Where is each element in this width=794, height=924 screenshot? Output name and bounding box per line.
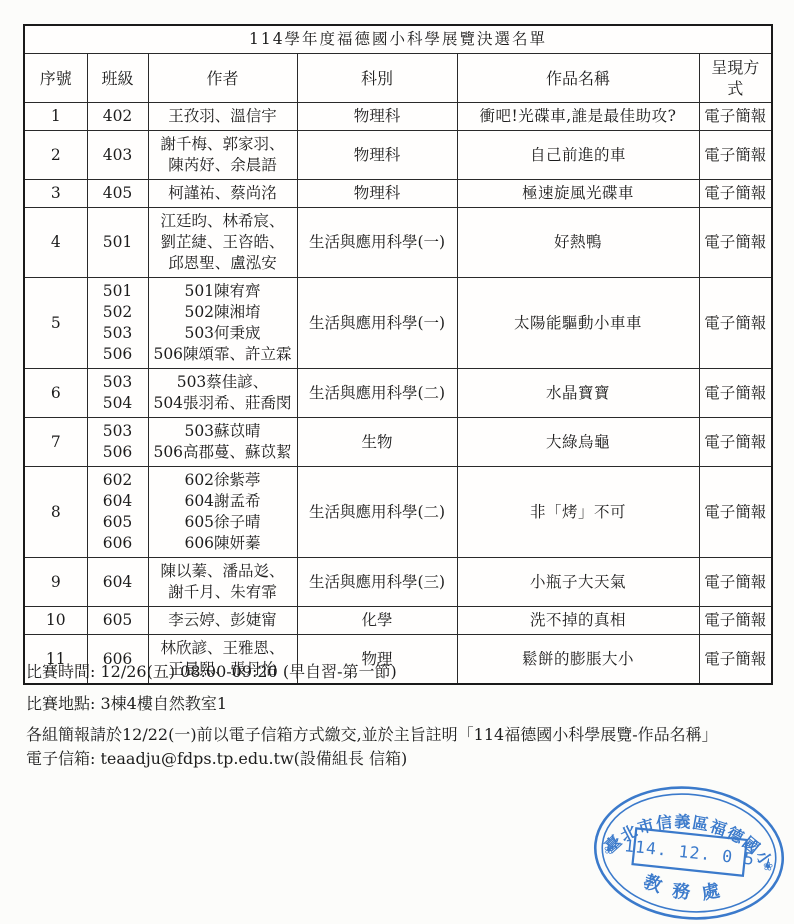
- competition-place: 比賽地點: 3棟4樓自然教室1: [26, 694, 770, 713]
- table-cell-class: 501 502 503 506: [87, 278, 148, 369]
- table-cell-class: 503 506: [87, 418, 148, 467]
- table-cell-format: 電子簡報: [699, 607, 772, 635]
- table-cell-class: 602 604 605 606: [87, 467, 148, 558]
- scanned-document-page: 114學年度福德國小科學展覽決選名單 序號 班級 作者 科別 作品名稱 呈現方式…: [0, 0, 794, 924]
- table-cell-class: 405: [87, 180, 148, 208]
- table-cell-authors: 602徐紫葶 604謝孟希 605徐子晴 606陳妍蓁: [148, 467, 297, 558]
- submission-note: 各組簡報請於12/22(一)前以電子信箱方式繳交,並於主旨註明「114福德國小科…: [26, 725, 770, 744]
- table-row: 3405柯謹祐、蔡尚洺物理科極速旋風光碟車電子簡報: [24, 180, 772, 208]
- table-cell-work: 好熱鴨: [457, 208, 699, 278]
- table-cell-authors: 503蔡佳諺、 504張羽希、莊喬閔: [148, 369, 297, 418]
- table-header-row: 序號 班級 作者 科別 作品名稱 呈現方式: [24, 54, 772, 103]
- table-cell-class: 503 504: [87, 369, 148, 418]
- table-cell-work: 自己前進的車: [457, 131, 699, 180]
- table-cell-no: 4: [24, 208, 87, 278]
- table-cell-category: 物理科: [297, 131, 457, 180]
- table-cell-category: 生活與應用科學(一): [297, 278, 457, 369]
- col-header-work: 作品名稱: [457, 54, 699, 103]
- footer-notes: 比賽時間: 12/26(五) 08:00-09:20 (早自習-第一節) 比賽地…: [26, 662, 770, 768]
- table-cell-authors: 王孜羽、溫信宇: [148, 103, 297, 131]
- table-row: 8602 604 605 606602徐紫葶 604謝孟希 605徐子晴 606…: [24, 467, 772, 558]
- table-cell-no: 2: [24, 131, 87, 180]
- table-cell-authors: 503蘇苡晴 506高郡蔓、蘇苡絜: [148, 418, 297, 467]
- table-cell-format: 電子簡報: [699, 103, 772, 131]
- table-cell-category: 生活與應用科學(三): [297, 558, 457, 607]
- document-title: 114學年度福德國小科學展覽決選名單: [24, 25, 772, 54]
- table-row: 1402王孜羽、溫信宇物理科衝吧!光碟車,誰是最佳助攻?電子簡報: [24, 103, 772, 131]
- table-cell-category: 物理科: [297, 180, 457, 208]
- flower-icon: ❀: [762, 859, 773, 874]
- table-cell-category: 生活與應用科學(一): [297, 208, 457, 278]
- table-cell-class: 604: [87, 558, 148, 607]
- results-table: 114學年度福德國小科學展覽決選名單 序號 班級 作者 科別 作品名稱 呈現方式…: [23, 24, 773, 685]
- table-row: 5501 502 503 506501陳宥齊 502陳湘堉 503何秉宬 506…: [24, 278, 772, 369]
- col-header-no: 序號: [24, 54, 87, 103]
- table-cell-no: 5: [24, 278, 87, 369]
- table-cell-work: 洗不掉的真相: [457, 607, 699, 635]
- col-header-category: 科別: [297, 54, 457, 103]
- table-cell-no: 3: [24, 180, 87, 208]
- table-cell-no: 8: [24, 467, 87, 558]
- table-cell-authors: 501陳宥齊 502陳湘堉 503何秉宬 506陳頌霏、許立霖: [148, 278, 297, 369]
- table-cell-format: 電子簡報: [699, 208, 772, 278]
- table-row: 7503 506503蘇苡晴 506高郡蔓、蘇苡絜生物大綠烏龜電子簡報: [24, 418, 772, 467]
- table-cell-no: 10: [24, 607, 87, 635]
- office-date-stamp: 臺北市信義區福德國小 ❀ ❀ 114. 12. 0 5 教務處: [583, 774, 794, 924]
- table-cell-category: 生物: [297, 418, 457, 467]
- table-cell-work: 極速旋風光碟車: [457, 180, 699, 208]
- table-cell-format: 電子簡報: [699, 369, 772, 418]
- table-cell-work: 大綠烏龜: [457, 418, 699, 467]
- table-cell-format: 電子簡報: [699, 278, 772, 369]
- table-row: 6503 504503蔡佳諺、 504張羽希、莊喬閔生活與應用科學(二)水晶寶寶…: [24, 369, 772, 418]
- results-table-body: 1402王孜羽、溫信宇物理科衝吧!光碟車,誰是最佳助攻?電子簡報2403謝千梅、…: [24, 103, 772, 685]
- competition-time: 比賽時間: 12/26(五) 08:00-09:20 (早自習-第一節): [26, 662, 770, 681]
- table-cell-category: 化學: [297, 607, 457, 635]
- table-cell-format: 電子簡報: [699, 418, 772, 467]
- table-cell-category: 物理科: [297, 103, 457, 131]
- table-cell-class: 501: [87, 208, 148, 278]
- table-cell-authors: 李云婷、彭婕甯: [148, 607, 297, 635]
- table-cell-no: 6: [24, 369, 87, 418]
- table-cell-class: 402: [87, 103, 148, 131]
- table-cell-category: 生活與應用科學(二): [297, 369, 457, 418]
- table-row: 9604陳以蓁、潘品彣、 謝千月、朱宥霏生活與應用科學(三)小瓶子大天氣電子簡報: [24, 558, 772, 607]
- table-cell-format: 電子簡報: [699, 180, 772, 208]
- table-cell-class: 403: [87, 131, 148, 180]
- col-header-class: 班級: [87, 54, 148, 103]
- table-row: 2403謝千梅、郭家羽、 陳芮妤、余晨語物理科自己前進的車電子簡報: [24, 131, 772, 180]
- table-cell-no: 1: [24, 103, 87, 131]
- table-cell-no: 9: [24, 558, 87, 607]
- table-cell-authors: 謝千梅、郭家羽、 陳芮妤、余晨語: [148, 131, 297, 180]
- flower-icon: ❀: [603, 842, 614, 857]
- table-cell-authors: 江廷昀、林希宸、 劉芷緁、王咨皓、 邱恩聖、盧泓安: [148, 208, 297, 278]
- table-cell-work: 水晶寶寶: [457, 369, 699, 418]
- table-row: 10605李云婷、彭婕甯化學洗不掉的真相電子簡報: [24, 607, 772, 635]
- table-cell-work: 非「烤」不可: [457, 467, 699, 558]
- table-cell-authors: 柯謹祐、蔡尚洺: [148, 180, 297, 208]
- table-cell-category: 生活與應用科學(二): [297, 467, 457, 558]
- contact-email: 電子信箱: teaadju@fdps.tp.edu.tw(設備組長 信箱): [26, 749, 770, 768]
- table-cell-no: 7: [24, 418, 87, 467]
- table-cell-format: 電子簡報: [699, 131, 772, 180]
- title-row: 114學年度福德國小科學展覽決選名單: [24, 25, 772, 54]
- table-cell-authors: 陳以蓁、潘品彣、 謝千月、朱宥霏: [148, 558, 297, 607]
- col-header-format: 呈現方式: [699, 54, 772, 103]
- col-header-authors: 作者: [148, 54, 297, 103]
- table-cell-work: 衝吧!光碟車,誰是最佳助攻?: [457, 103, 699, 131]
- table-cell-work: 小瓶子大天氣: [457, 558, 699, 607]
- table-cell-work: 太陽能驅動小車車: [457, 278, 699, 369]
- table-row: 4501江廷昀、林希宸、 劉芷緁、王咨皓、 邱恩聖、盧泓安生活與應用科學(一)好…: [24, 208, 772, 278]
- table-cell-class: 605: [87, 607, 148, 635]
- table-cell-format: 電子簡報: [699, 558, 772, 607]
- table-cell-format: 電子簡報: [699, 467, 772, 558]
